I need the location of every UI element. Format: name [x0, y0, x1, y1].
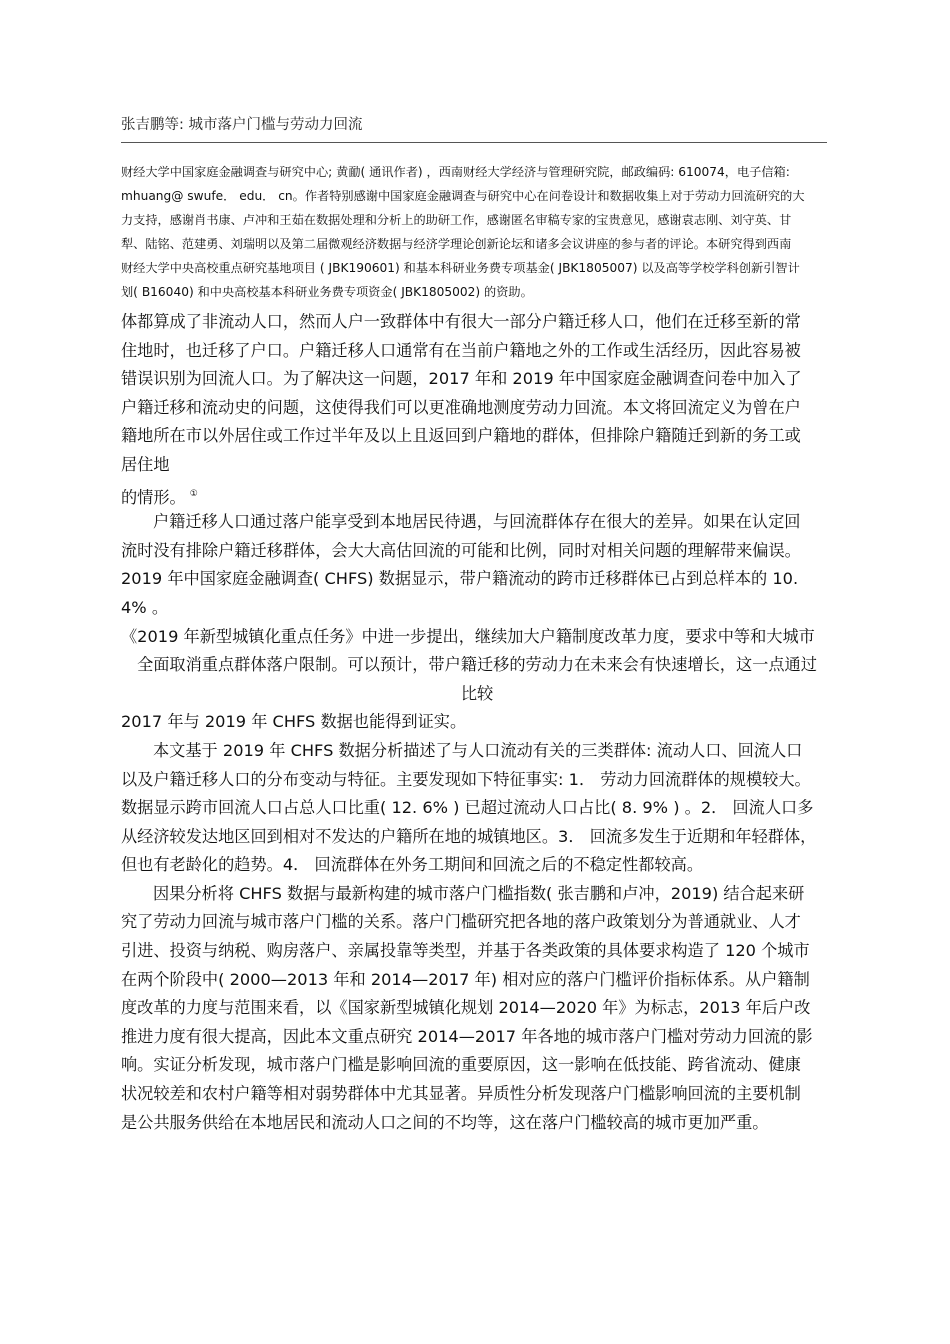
body-line-with-footnote: 的情形。① [121, 480, 833, 509]
paper-page: 张吉鹏等: 城市落户门槛与劳动力回流 财经大学中国家庭金融调查与研究中心; 黄勔… [0, 0, 950, 1344]
body-text: 体都算成了非流动人口，然而人户一致群体中有很大一部分户籍迁移人口，他们在迁移至新… [121, 308, 833, 1137]
body-line: 度改革的力度与范围来看，以《国家新型城镇化规划 2014—2020 年》为标志，… [121, 994, 833, 1023]
body-line: 体都算成了非流动人口，然而人户一致群体中有很大一部分户籍迁移人口，他们在迁移至新… [121, 308, 833, 337]
body-line: 究了劳动力回流与城市落户门槛的关系。落户门槛研究把各地的落户政策划分为普通就业、… [121, 908, 833, 937]
footnote-line: 财经大学中央高校重点研究基地项目 ( JBK190601) 和基本科研业务费专项… [121, 256, 833, 280]
body-line: 4% 。 [121, 594, 833, 623]
body-line: 2019 年中国家庭金融调查( CHFS) 数据显示，带户籍流动的跨市迁移群体已… [121, 565, 833, 594]
body-line: 状况较差和农村户籍等相对弱势群体中尤其显著。异质性分析发现落户门槛影响回流的主要… [121, 1080, 833, 1109]
body-line: 住地时，也迁移了户口。户籍迁移人口通常有在当前户籍地之外的工作或生活经历，因此容… [121, 337, 833, 366]
body-line: 从经济较发达地区回到相对不发达的户籍所在地的城镇地区。3． 回流多发生于近期和年… [121, 823, 833, 852]
running-head: 张吉鹏等: 城市落户门槛与劳动力回流 [121, 113, 363, 134]
body-line: 推进力度有很大提高，因此本文重点研究 2014—2017 年各地的城市落户门槛对… [121, 1023, 833, 1052]
paragraph-first-line: 户籍迁移人口通过落户能享受到本地居民待遇，与回流群体存在很大的差异。如果在认定回 [121, 508, 833, 537]
body-line: 居住地 [121, 451, 833, 480]
body-line: 2017 年与 2019 年 CHFS 数据也能得到证实。 [121, 708, 833, 737]
footnote-line: 犁、陆铭、范建勇、刘瑞明以及第二届微观经济数据与经济学理论创新论坛和诸多会议讲座… [121, 232, 833, 256]
body-line-text: 的情形。 [121, 488, 186, 507]
body-line: 响。实证分析发现，城市落户门槛是影响回流的重要原因，这一影响在低技能、跨省流动、… [121, 1051, 833, 1080]
footnote-marker[interactable]: ① [190, 489, 198, 499]
header-rule [121, 142, 827, 143]
body-line: 但也有老龄化的趋势。4． 回流群体在外务工期间和回流之后的不稳定性都较高。 [121, 851, 833, 880]
body-line: 籍地所在市以外居住或工作过半年及以上且返回到户籍地的群体，但排除户籍随迁到新的务… [121, 422, 833, 451]
paragraph-first-line: 因果分析将 CHFS 数据与最新构建的城市落户门槛指数( 张吉鹏和卢冲，2019… [121, 880, 833, 909]
body-line: 错误识别为回流人口。为了解决这一问题，2017 年和 2019 年中国家庭金融调… [121, 365, 833, 394]
footnote-line: 财经大学中国家庭金融调查与研究中心; 黄勔( 通讯作者) ，西南财经大学经济与管… [121, 160, 833, 184]
body-line: 《2019 年新型城镇化重点任务》中进一步提出，继续加大户籍制度改革力度，要求中… [121, 623, 833, 652]
author-footnote: 财经大学中国家庭金融调查与研究中心; 黄勔( 通讯作者) ，西南财经大学经济与管… [121, 160, 833, 304]
body-line: 户籍迁移和流动史的问题，这使得我们可以更准确地测度劳动力回流。本文将回流定义为曾… [121, 394, 833, 423]
paragraph-first-line: 本文基于 2019 年 CHFS 数据分析描述了与人口流动有关的三类群体: 流动… [121, 737, 833, 766]
footnote-line: 力支持，感谢肖书康、卢冲和王茹在数据处理和分析上的助研工作，感谢匿名审稿专家的宝… [121, 208, 833, 232]
body-line: 在两个阶段中( 2000—2013 年和 2014—2017 年) 相对应的落户… [121, 966, 833, 995]
body-line: 以及户籍迁移人口的分布变动与特征。主要发现如下特征事实: 1． 劳动力回流群体的… [121, 766, 833, 795]
footnote-line: mhuang@ swufe． edu． cn。作者特别感谢中国家庭金融调查与研究… [121, 184, 833, 208]
body-line-centered: 比较 [121, 680, 833, 709]
body-line: 引进、投资与纳税、购房落户、亲属投靠等类型，并基于各类政策的具体要求构造了 12… [121, 937, 833, 966]
body-line: 流时没有排除户籍迁移群体，会大大高估回流的可能和比例，同时对相关问题的理解带来偏… [121, 537, 833, 566]
body-line: 是公共服务供给在本地居民和流动人口之间的不均等，这在落户门槛较高的城市更加严重。 [121, 1109, 833, 1138]
body-line-centered: 全面取消重点群体落户限制。可以预计，带户籍迁移的劳动力在未来会有快速增长，这一点… [121, 651, 833, 680]
footnote-line: 划( B16040) 和中央高校基本科研业务费专项资金( JBK1805002)… [121, 280, 833, 304]
body-line: 数据显示跨市回流人口占总人口比重( 12. 6% ) 已超过流动人口占比( 8.… [121, 794, 833, 823]
